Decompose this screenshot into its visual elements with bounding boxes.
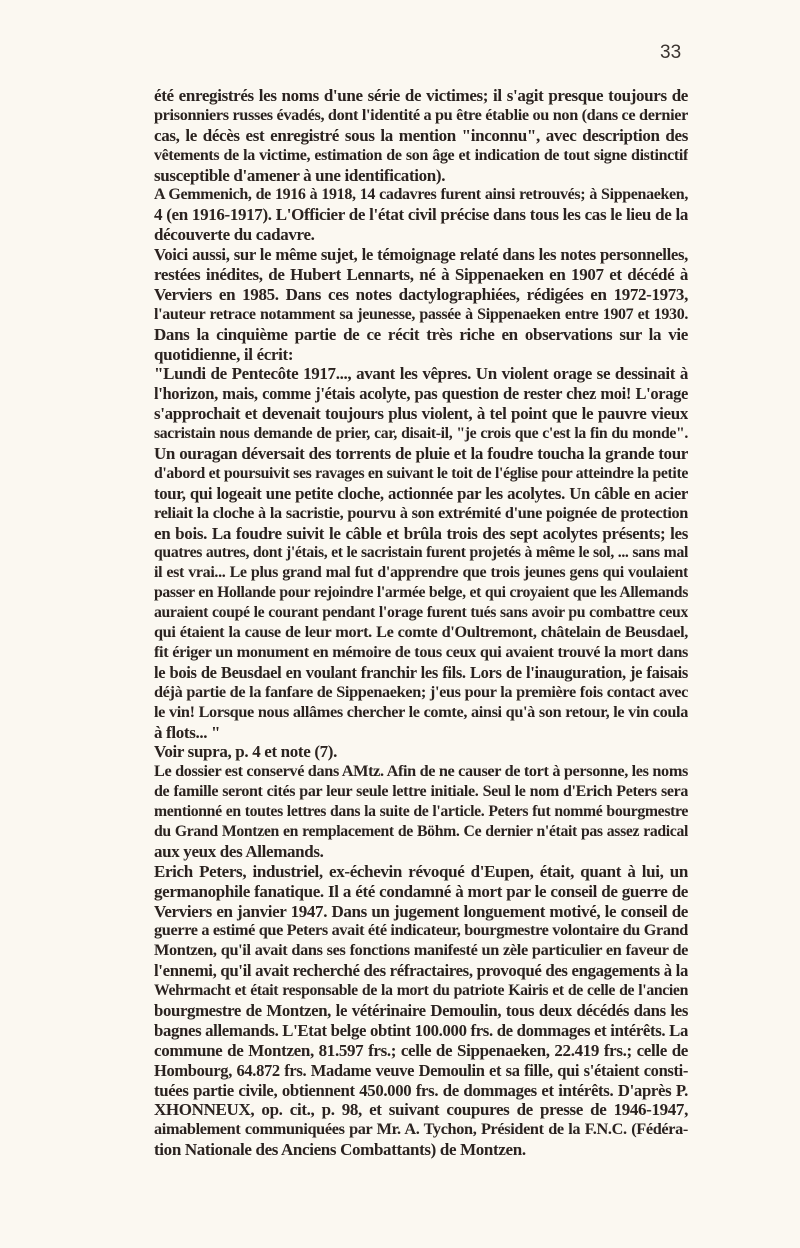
text-line: tour, qui logeait une petite cloche, act… bbox=[154, 484, 688, 504]
text-line: Hombourg, 64.872 frs. Madame veuve Demou… bbox=[154, 1061, 688, 1081]
text-line: fit ériger un monument en mémoire de tou… bbox=[154, 643, 688, 663]
text-line: l'ennemi, qu'il avait recherché des réfr… bbox=[154, 961, 688, 981]
text-line: Voici aussi, sur le même sujet, le témoi… bbox=[154, 245, 688, 265]
text-line: germanophile fanatique. Il a été condamn… bbox=[154, 882, 688, 902]
text-line: mentionné en toutes lettres dans la suit… bbox=[154, 802, 688, 822]
text-line: déjà partie de la fanfare de Sippenaeken… bbox=[154, 683, 688, 703]
text-line: il est vrai... Le plus grand mal fut d'a… bbox=[154, 563, 688, 583]
text-line: bourgmestre de Montzen, le vétérinaire D… bbox=[154, 1001, 688, 1021]
text-line: Erich Peters, industriel, ex-échevin rév… bbox=[154, 862, 688, 882]
text-line: auraient coupé le courant pendant l'orag… bbox=[154, 603, 688, 623]
text-line: quatres autres, dont j'étais, et le sacr… bbox=[154, 543, 688, 563]
text-line: été enregistrés les noms d'une série de … bbox=[154, 86, 688, 106]
text-line: Wehrmacht et était responsable de la mor… bbox=[154, 981, 688, 1001]
text-line: Le dossier est conservé dans AMtz. Afin … bbox=[154, 762, 688, 782]
text-line: à flots... " bbox=[154, 723, 688, 743]
text-line: vêtements de la victime, estimation de s… bbox=[154, 146, 688, 166]
text-line: qui étaient la cause de leur mort. Le co… bbox=[154, 623, 688, 643]
text-line: reliait la cloche à la sacristie, pourvu… bbox=[154, 504, 688, 524]
text-line: passer en Hollande pour rejoindre l'armé… bbox=[154, 583, 688, 603]
footnote-line: (19)Voir supra, p. 4 et note (7). bbox=[154, 742, 688, 762]
text-line: découverte du cadavre. bbox=[154, 225, 688, 245]
text-line: Dans la cinquième partie de ce récit trè… bbox=[154, 325, 688, 345]
text-line: cas, le décès est enregistré sous la men… bbox=[154, 126, 688, 146]
text-line: d'abord et poursuivit ses ravages en sui… bbox=[154, 464, 688, 484]
text-line: du Grand Montzen en remplacement de Böhm… bbox=[154, 822, 688, 842]
text-line: "Lundi de Pentecôte 1917..., avant les v… bbox=[154, 364, 688, 384]
text-line: guerre a estimé que Peters avait été ind… bbox=[154, 921, 688, 941]
text-line: 4 (en 1916-1917). L'Officier de l'état c… bbox=[154, 205, 688, 225]
text-line: susceptible d'amener à une identificatio… bbox=[154, 166, 688, 186]
text-line: A Gemmenich, de 1916 à 1918, 14 cadavres… bbox=[154, 185, 688, 205]
text-line: Montzen, qu'il avait dans ses fonctions … bbox=[154, 941, 688, 961]
text-line: de famille seront cités par leur seule l… bbox=[154, 782, 688, 802]
page-number: 33 bbox=[660, 42, 681, 64]
text-line: Verviers en 1985. Dans ces notes dactylo… bbox=[154, 285, 688, 305]
text-line: Verviers en janvier 1947. Dans un jugeme… bbox=[154, 902, 688, 922]
text-line: quotidienne, il écrit: bbox=[154, 345, 688, 365]
text-line: aimablement communiquées par Mr. A. Tych… bbox=[154, 1120, 688, 1140]
text-line: XHONNEUX, op. cit., p. 98, et suivant co… bbox=[154, 1100, 688, 1120]
body-text: été enregistrés les noms d'une série de … bbox=[154, 86, 688, 1160]
text-line: Un ouragan déversait des torrents de plu… bbox=[154, 444, 688, 464]
text-line: bagnes allemands. L'Etat belge obtint 10… bbox=[154, 1021, 688, 1041]
text-line: prisonniers russes évadés, dont l'identi… bbox=[154, 106, 688, 126]
text-line: commune de Montzen, 81.597 frs.; celle d… bbox=[154, 1041, 688, 1061]
text-line: aux yeux des Allemands. bbox=[154, 842, 688, 862]
text-line: s'approchait et devenait toujours plus v… bbox=[154, 404, 688, 424]
footnote-text: Voir supra, p. 4 et note (7). bbox=[154, 742, 337, 761]
text-line: en bois. La foudre suivit le câble et br… bbox=[154, 524, 688, 544]
text-line: sacristain nous demande de prier, car, d… bbox=[154, 424, 688, 444]
text-line: le bois de Beusdael en voulant franchir … bbox=[154, 663, 688, 683]
text-line: restées inédites, de Hubert Lennarts, né… bbox=[154, 265, 688, 285]
text-line: le vin! Lorsque nous allâmes chercher le… bbox=[154, 703, 688, 723]
text-line: l'horizon, mais, comme j'étais acolyte, … bbox=[154, 384, 688, 404]
text-line: tuées partie civile, obtiennent 450.000 … bbox=[154, 1081, 688, 1101]
text-line: tion Nationale des Anciens Combattants) … bbox=[154, 1140, 688, 1160]
text-line: l'auteur retrace notamment sa jeunesse, … bbox=[154, 305, 688, 325]
